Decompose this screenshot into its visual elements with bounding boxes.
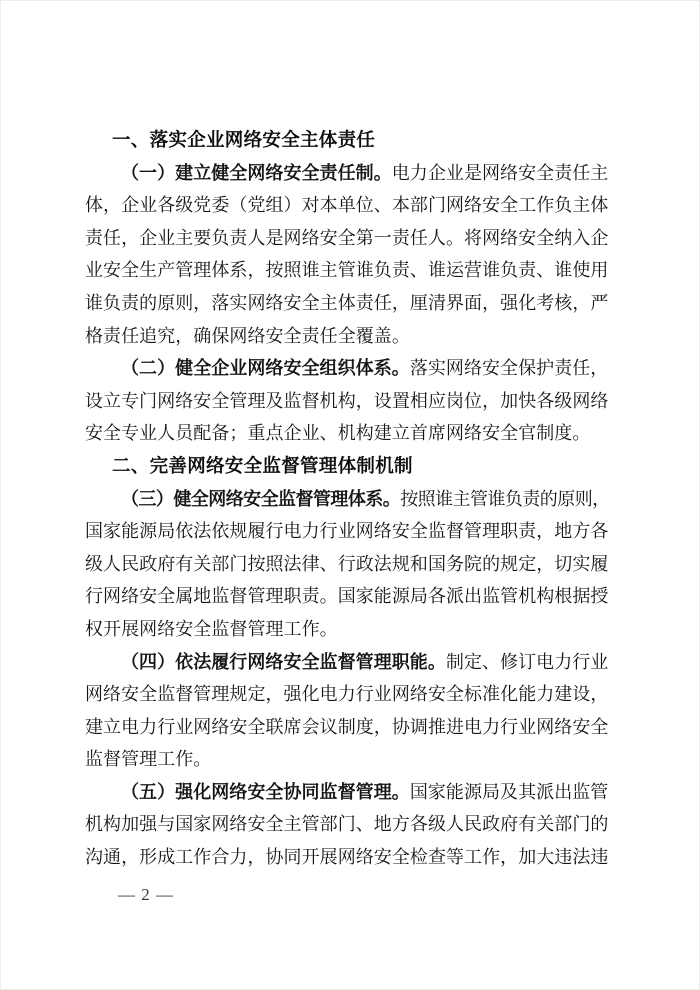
paragraph-4-line-3: 建立电力行业网络安全联席会议制度，协调推进电力行业网络安全	[85, 711, 625, 744]
paragraph-2-line-3: 安全专业人员配备；重点企业、机构建立首席网络安全官制度。	[85, 417, 625, 450]
paragraph-3-line-3: 级人民政府有关部门按照法律、行政法规和国务院的规定，切实履	[85, 548, 625, 581]
paragraph-4-line-4: 监督管理工作。	[85, 743, 625, 776]
paragraph-1-lead: （一）建立健全网络安全责任制。	[121, 163, 392, 183]
paragraph-5-first-rest: 国家能源局及其派出监管	[410, 782, 609, 802]
paragraph-1-line-6: 格责任追究，确保网络安全责任全覆盖。	[85, 320, 625, 353]
paragraph-4-lead: （四）依法履行网络安全监督管理职能。	[121, 652, 446, 672]
section-heading-1: 一、落实企业网络安全主体责任	[85, 124, 625, 157]
document-content: 一、落实企业网络安全主体责任 （一）建立健全网络安全责任制。电力企业是网络安全责…	[85, 124, 625, 874]
paragraph-1-first-rest: 电力企业是网络安全责任主	[392, 163, 609, 183]
paragraph-1-line-5: 谁负责的原则，落实网络安全主体责任，厘清界面，强化考核，严	[85, 287, 625, 320]
page-number: — 2 —	[118, 882, 174, 908]
paragraph-1-line-4: 业安全生产管理体系，按照谁主管谁负责、谁运营谁负责、谁使用	[85, 254, 625, 287]
section-heading-2: 二、完善网络安全监督管理体制机制	[85, 450, 625, 483]
paragraph-3-line-4: 行网络安全属地监督管理职责。国家能源局各派出监管机构根据授	[85, 580, 625, 613]
paragraph-4-first-rest: 制定、修订电力行业	[446, 652, 608, 672]
paragraph-2-lead: （二）健全企业网络安全组织体系。	[121, 358, 410, 378]
paragraph-4-line-1: （四）依法履行网络安全监督管理职能。制定、修订电力行业	[85, 646, 625, 679]
paragraph-3-line-5: 权开展网络安全监督管理工作。	[85, 613, 625, 646]
document-page: 一、落实企业网络安全主体责任 （一）建立健全网络安全责任制。电力企业是网络安全责…	[0, 0, 700, 990]
paragraph-3-first-rest: 按照谁主管谁负责的原则，	[400, 489, 609, 509]
paragraph-5-line-1: （五）强化网络安全协同监督管理。国家能源局及其派出监管	[85, 776, 625, 809]
paragraph-4-line-2: 网络安全监督管理规定，强化电力行业网络安全标准化能力建设，	[85, 678, 625, 711]
paragraph-1-line-3: 责任，企业主要负责人是网络安全第一责任人。将网络安全纳入企	[85, 222, 625, 255]
paragraph-2-first-rest: 落实网络安全保护责任，	[410, 358, 609, 378]
paragraph-2-line-1: （二）健全企业网络安全组织体系。落实网络安全保护责任，	[85, 352, 625, 385]
paragraph-2-line-2: 设立专门网络安全管理及监督机构，设置相应岗位，加快各级网络	[85, 385, 625, 418]
paragraph-5-line-2: 机构加强与国家网络安全主管部门、地方各级人民政府有关部门的	[85, 808, 625, 841]
paragraph-1-line-1: （一）建立健全网络安全责任制。电力企业是网络安全责任主	[85, 157, 625, 190]
paragraph-5-lead: （五）强化网络安全协同监督管理。	[121, 782, 410, 802]
paragraph-3-line-2: 国家能源局依法依规履行电力行业网络安全监督管理职责，地方各	[85, 515, 625, 548]
paragraph-3-line-1: （三）健全网络安全监督管理体系。按照谁主管谁负责的原则，	[85, 483, 625, 516]
paragraph-3-lead: （三）健全网络安全监督管理体系。	[121, 489, 400, 509]
paragraph-5-line-3: 沟通，形成工作合力，协同开展网络安全检查等工作，加大违法违	[85, 841, 625, 874]
paragraph-1-line-2: 体，企业各级党委（党组）对本单位、本部门网络安全工作负主体	[85, 189, 625, 222]
